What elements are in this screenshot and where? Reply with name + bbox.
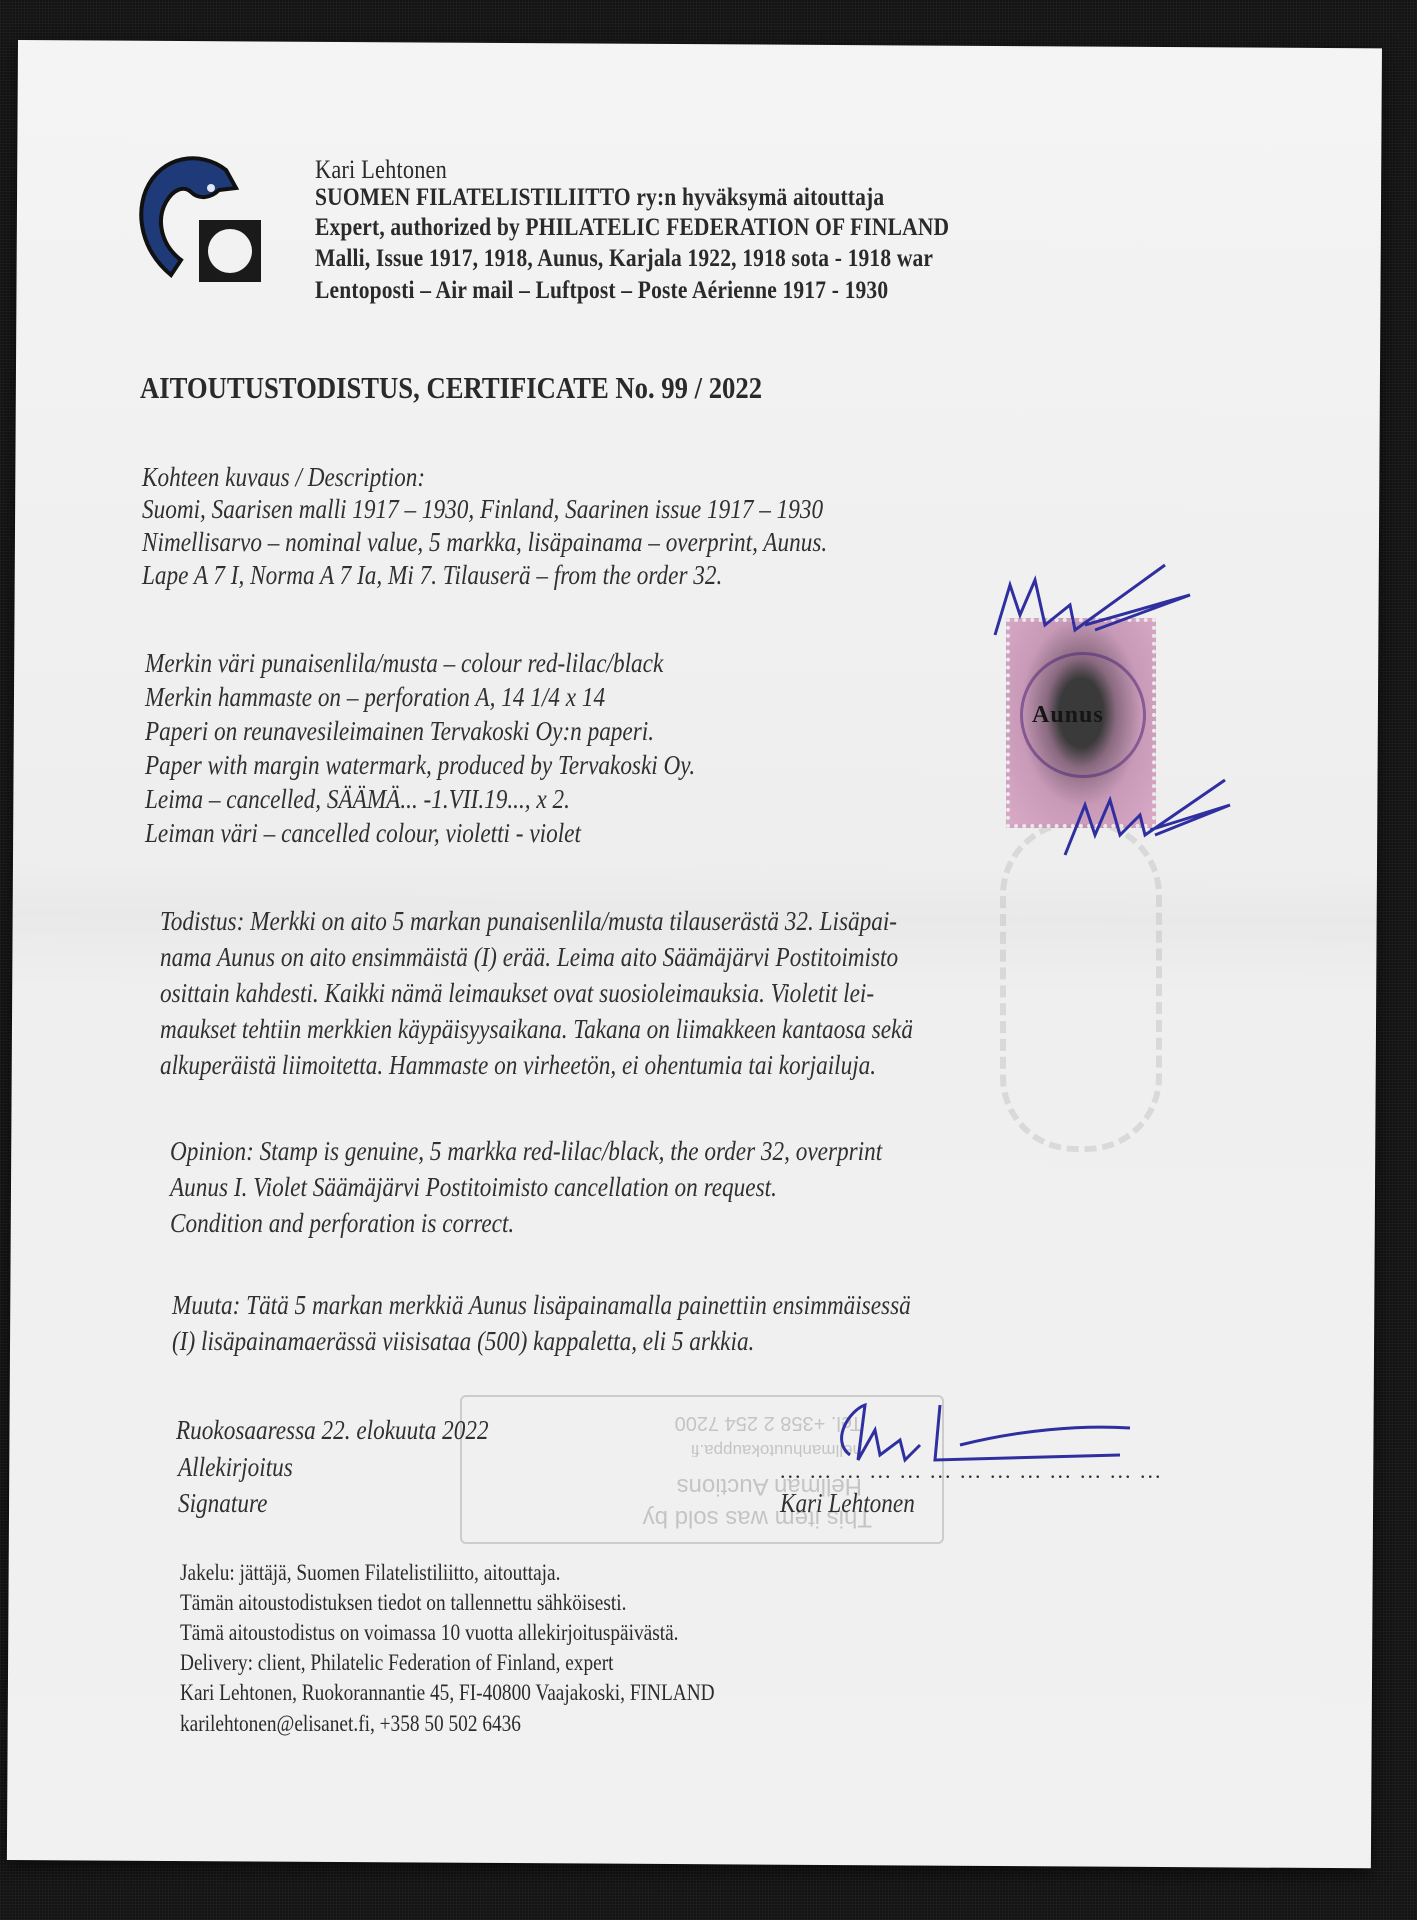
embossed-seal [1000,820,1162,1152]
detail-perforation: Merkin hammaste on – perforation A, 14 1… [145,682,605,713]
opinion-line: Opinion: Stamp is genuine, 5 markka red-… [170,1136,882,1167]
description-line: Lape A 7 I, Norma A 7 Ia, Mi 7. Tilauser… [142,560,722,591]
todistus-line: maukset tehtiin merkkien käypäisyysaikan… [160,1014,913,1045]
detail-paper-fi: Paperi on reunavesileimainen Tervakoski … [145,716,654,747]
description-line: Nimellisarvo – nominal value, 5 markka, … [142,527,827,558]
opinion-line: Condition and perforation is correct. [170,1208,514,1239]
muuta-line: (I) lisäpainamaerässä viisisataa (500) k… [172,1326,754,1357]
signature-label-en: Signature [178,1488,267,1519]
signer-name: Kari Lehtonen [780,1488,915,1519]
footer-line: Jakelu: jättäjä, Suomen Filatelistiliitt… [180,1560,560,1586]
signature-label-fi: Allekirjoitus [178,1452,293,1483]
description-heading: Kohteen kuvaus / Description: [142,462,425,493]
header-line-issues: Malli, Issue 1917, 1918, Aunus, Karjala … [315,245,933,273]
signature-upper-icon [975,555,1205,665]
opinion-line: Aunus I. Violet Säämäjärvi Postitoimisto… [170,1172,777,1203]
footer-contact: karilehtonen@elisanet.fi, +358 50 502 64… [180,1711,521,1737]
place-date: Ruokosaaressa 22. elokuuta 2022 [176,1415,489,1446]
todistus-line: alkuperäistä liimoitetta. Hammaste on vi… [160,1050,876,1081]
certificate-title: AITOUTUSTODISTUS, CERTIFICATE No. 99 / 2… [140,370,762,406]
stamp-overprint: Aunus [1032,702,1104,729]
detail-colour: Merkin väri punaisenlila/musta – colour … [145,648,663,679]
todistus-line: nama Aunus on aito ensimmäistä (I) erää.… [160,942,898,973]
signature-lower-icon [1055,775,1235,865]
detail-cancel-colour: Leiman väri – cancelled colour, violetti… [145,818,581,849]
description-line: Suomi, Saarisen malli 1917 – 1930, Finla… [142,494,823,525]
detail-paper-en: Paper with margin watermark, produced by… [145,750,695,781]
header-line-airmail: Lentoposti – Air mail – Luftpost – Poste… [315,277,888,305]
muuta-line: Muuta: Tätä 5 markan merkkiä Aunus lisäp… [172,1290,911,1321]
todistus-line: osittain kahdesti. Kaikki nämä leimaukse… [160,978,874,1009]
footer-line: Delivery: client, Philatelic Federation … [180,1650,614,1676]
footer-line: Tämä aitoustodistus on voimassa 10 vuott… [180,1620,678,1646]
detail-cancel: Leima – cancelled, SÄÄMÄ... -1.VII.19...… [145,784,570,815]
philatelic-expert-logo-icon [131,150,271,290]
todistus-line: Todistus: Merkki on aito 5 markan punais… [160,906,897,937]
expert-name: Kari Lehtonen [315,155,447,185]
footer-line: Tämän aitoustodistuksen tiedot on tallen… [180,1590,626,1616]
header-line-authorized-en: Expert, authorized by PHILATELIC FEDERAT… [315,214,949,242]
footer-line: Kari Lehtonen, Ruokorannantie 45, FI-408… [180,1680,715,1706]
header-line-authorized-fi: SUOMEN FILATELISTILIITTO ry:n hyväksymä … [315,184,884,212]
signature-dotted-line: ... ... ... ... ... ... ... ... ... ... … [780,1458,1163,1484]
